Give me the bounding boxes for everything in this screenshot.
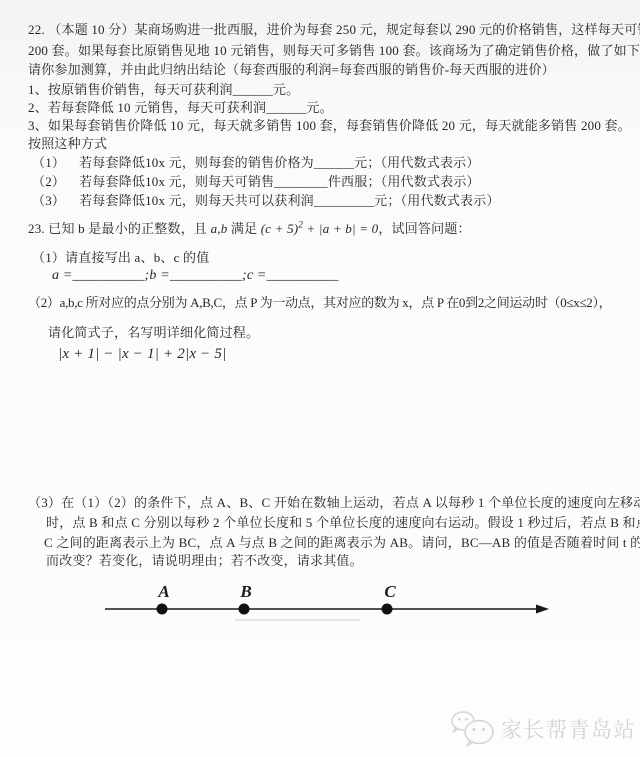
q22-subitem-2-number: （2） (32, 174, 65, 189)
q22-item-followup: 按照这种方式 (28, 136, 107, 152)
q23-header-suffix: ，试回答问题： (378, 221, 470, 236)
q22-item-2: 2、若每套降低 10 元销售，每天可获利润______元。 (28, 100, 333, 116)
q23-part1-label: （1）请直接写出 a、b、c 的值 (32, 250, 209, 266)
q22-subitem-1-number: （1） (32, 155, 65, 170)
q22-item-1: 1、按原销售价销售，每天可获利润______元。 (28, 82, 299, 98)
point-dot-a (157, 604, 168, 615)
q23-part3-line-1: （3）在（1）（2）的条件下，点 A、B、C 开始在数轴上运动，若点 A 以每秒… (28, 495, 640, 511)
scanned-test-page: 22. （本题 10 分）某商场购进一批西服，进价为每套 250 元，规定每套以… (0, 0, 640, 757)
q22-paragraph-line-2: 200 套。如果每套比原销售见地 10 元销售，则每天可多销售 100 套。该商… (28, 43, 640, 59)
point-dot-b (239, 604, 250, 615)
q22-subitem-3-text: 若每套降低10x 元，则每天共可以获利润_________元；（用代数式表示） (79, 193, 500, 208)
q23-formula-rest: + |a + b| = 0 (303, 221, 378, 236)
q22-subitem-1: （1）若每套降低10x 元，则每套的销售价格为______元；（用代数式表示） (32, 155, 480, 171)
q23-part3-line-3: C 之间的距离表示上为 BC，点 A 与点 B 之间的距离表示为 AB。请问，B… (44, 535, 640, 551)
q22-paragraph-line-3: 请你参加测算，并由此归纳出结论（每套西服的利润=每套西服的销售价-每天西服的进价… (28, 62, 555, 78)
point-label-c: C (384, 582, 396, 601)
q23-part2-expression: |x + 1| − |x − 1| + 2|x − 5| (58, 346, 226, 362)
point-label-a: A (157, 582, 169, 601)
q23-header: 23. 已知 b 是最小的正整数，且 a,b 满足 (c + 5)2 + |a … (28, 221, 471, 237)
watermark: 家长帮青岛站 (450, 710, 636, 748)
q22-item-3: 3、如果每套销售价降低 10 元，每天就多销售 100 套，每套销售价降低 20… (28, 118, 631, 134)
q23-formula-base: (c + 5) (261, 221, 299, 236)
q23-header-mid: 满足 (227, 221, 260, 236)
q23-part1-answer-blanks: a =__________;b =__________;c =_________… (52, 268, 339, 284)
number-line-diagram: A B C (0, 570, 640, 636)
q23-part2-line-1: （2）a,b,c 所对应的点分别为 A,B,C，点 P 为一动点，其对应的数为 … (28, 295, 611, 311)
axis-arrowhead (536, 605, 549, 614)
q22-subitem-3: （3）若每套降低10x 元，则每天共可以获利润_________元；（用代数式表… (32, 193, 500, 209)
q23-part2-line-2: 请化简式子，名写明详细化简过程。 (48, 325, 259, 341)
q23-header-math-ab: a,b (211, 221, 228, 236)
q23-part3-line-2: 时，点 B 和点 C 分别以每秒 2 个单位长度和 5 个单位长度的速度向右运动… (46, 515, 640, 531)
point-label-b: B (239, 582, 251, 601)
q22-subitem-2: （2）若每套降低10x 元，则每天可销售________件西服；（用代数式表示） (32, 174, 480, 190)
wechat-icon (450, 710, 496, 748)
q23-part3-line-4: 而改变？若变化，请说明理由；若不改变，请求其值。 (46, 553, 363, 569)
q23-header-prefix: 23. 已知 b 是最小的正整数，且 (28, 221, 211, 236)
q22-paragraph-line-1: 22. （本题 10 分）某商场购进一批西服，进价为每套 250 元，规定每套以… (28, 22, 640, 38)
q22-subitem-3-number: （3） (32, 193, 65, 208)
q22-subitem-1-text: 若每套降低10x 元，则每套的销售价格为______元；（用代数式表示） (79, 155, 479, 170)
watermark-text: 家长帮青岛站 (501, 714, 636, 744)
q22-subitem-2-text: 若每套降低10x 元，则每天可销售________件西服；（用代数式表示） (79, 174, 480, 189)
point-dot-c (382, 604, 393, 615)
